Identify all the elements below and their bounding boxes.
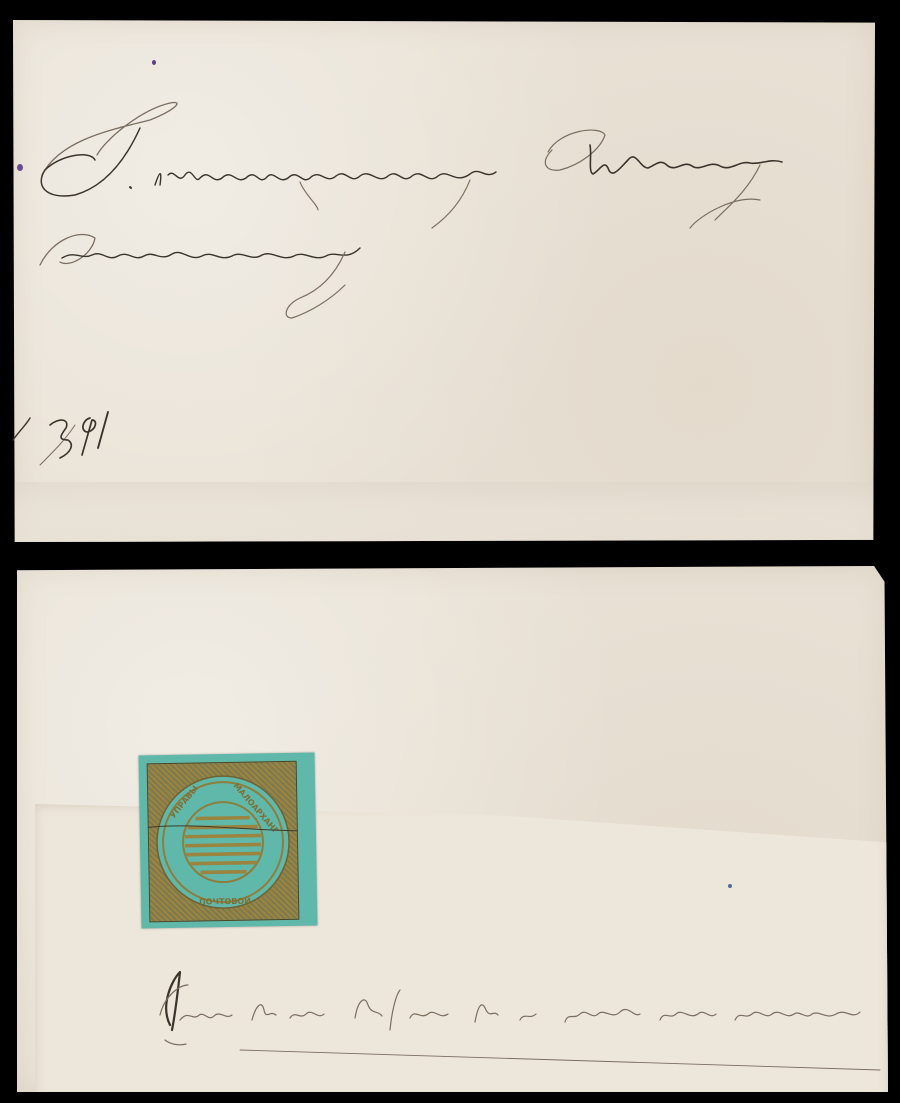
handwriting-note: [0, 0, 900, 1103]
svg-text:ПОЧТОВОЙ: ПОЧТОВОЙ: [199, 895, 251, 907]
stamp-seal-icon: УПРАВЫ МАЛОАРХАНГ ПОЧТОВОЙ: [147, 761, 300, 923]
zemstvo-stamp: УПРАВЫ МАЛОАРХАНГ ПОЧТОВОЙ УПРАВЫ МАЛОАР…: [139, 752, 318, 928]
paper-speck: [728, 884, 732, 888]
